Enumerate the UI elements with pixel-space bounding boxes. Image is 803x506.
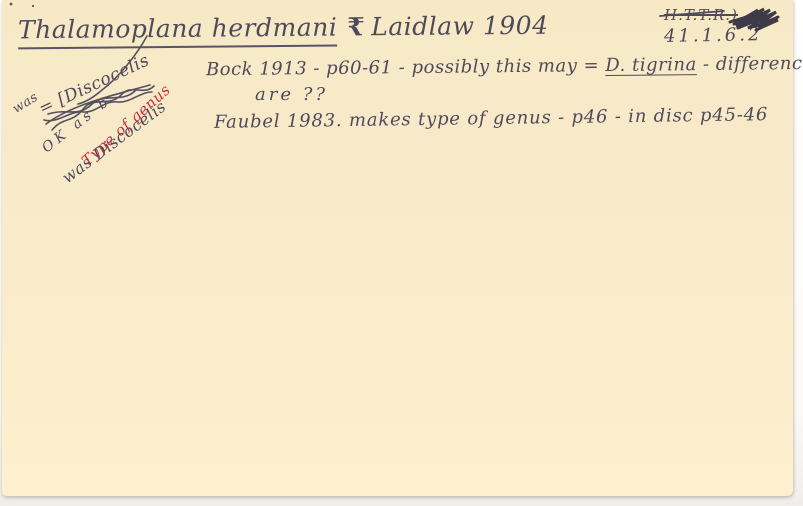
note-line-are: are ?? — [255, 84, 328, 105]
index-card: Thalamoplana herdmani₹Laidlaw 1904 H.T.T… — [2, 0, 793, 496]
scanned-card-image: { "colors": { "card_bg": "#f8ebca", "ink… — [0, 0, 803, 506]
author-citation: Laidlaw 1904 — [371, 11, 549, 42]
note-line-bock: Bock 1913 - p60-61 - possibly this may =… — [206, 53, 803, 80]
species-name: Thalamoplana herdmani — [18, 13, 338, 50]
card-title: Thalamoplana herdmani₹Laidlaw 1904 — [18, 11, 549, 45]
note-bock-suffix: - differences — [697, 53, 803, 75]
annotation-was-discocelis: was Discocelis — [58, 97, 169, 187]
insertion-symbol: ₹ — [347, 12, 365, 41]
note-line-faubel: Faubel 1983. makes type of genus - p46 -… — [214, 104, 768, 133]
note-species-reference: D. tigrina — [605, 54, 697, 76]
note-bock-text: Bock 1913 - p60-61 - possibly this may = — [206, 55, 606, 80]
registration-number: 41.1.6.2 — [664, 24, 763, 47]
crossed-out-number: H.T.T.R.) — [664, 6, 738, 24]
